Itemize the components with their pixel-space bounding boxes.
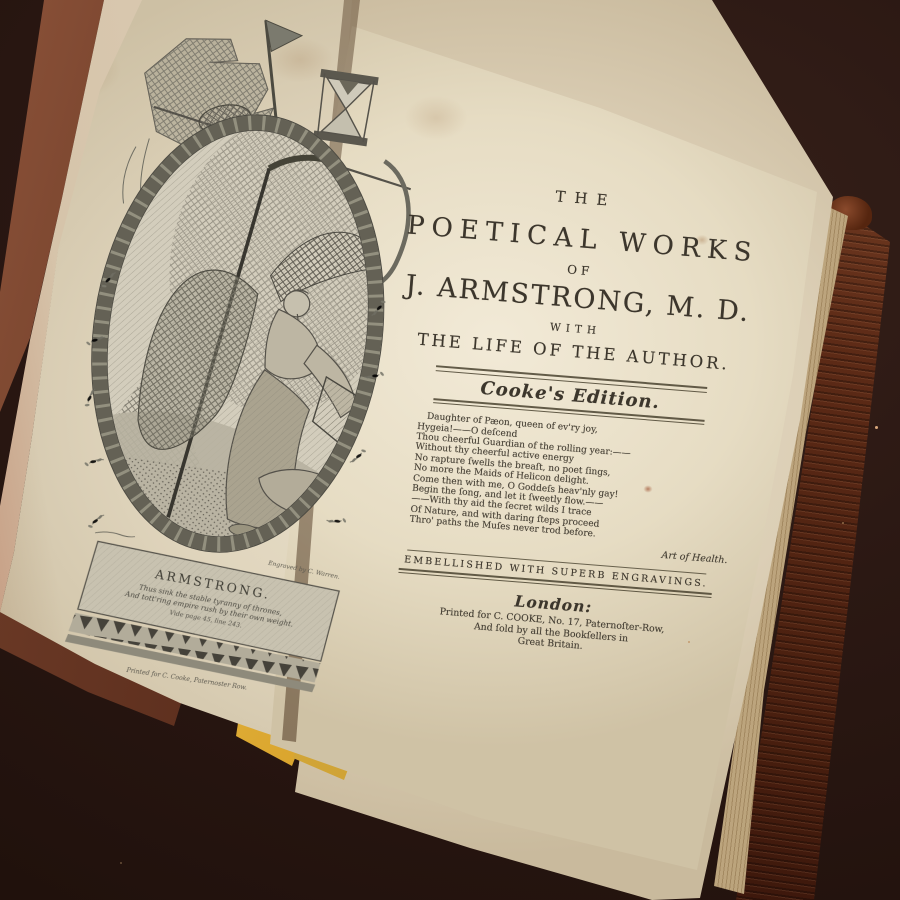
dust-speck bbox=[120, 862, 122, 864]
hourglass bbox=[311, 69, 379, 147]
photo-of-antique-book: Engraved by C. Warren. ARMSTRONG. Thus s… bbox=[0, 0, 900, 900]
title-page-text: THE POETICAL WORKS OF J. ARMSTRONG, M. D… bbox=[328, 140, 810, 667]
dust-speck bbox=[842, 522, 844, 524]
dust-speck bbox=[875, 426, 878, 429]
pedestal: ARMSTRONG. Thus sink the stable tyranny … bbox=[63, 539, 341, 694]
dust-speck bbox=[688, 641, 690, 643]
painter-credit-illegible bbox=[95, 530, 135, 538]
engraver-credit: Engraved by C. Warren. bbox=[267, 559, 341, 580]
open-book: Engraved by C. Warren. ARMSTRONG. Thus s… bbox=[0, 0, 900, 900]
